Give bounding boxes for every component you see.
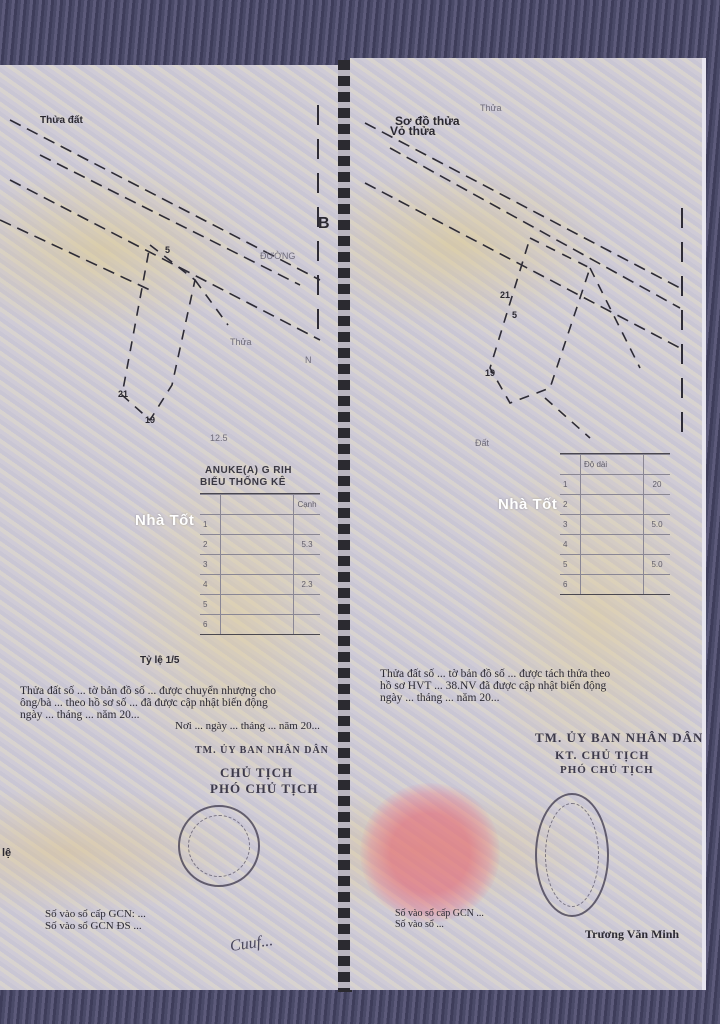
registration-number: Số vào sổ cấp GCN: ... — [45, 908, 146, 920]
table-header: Cạnh — [200, 494, 320, 514]
date-line: Nơi ... ngày ... tháng ... năm 20... — [175, 720, 320, 732]
official-seal — [178, 805, 260, 887]
map-label: N — [305, 355, 312, 365]
table-row: 3 — [200, 554, 320, 574]
table-row: 35.0 — [560, 514, 670, 534]
map-label: 19 — [485, 368, 495, 378]
map-label: 21 — [500, 290, 510, 300]
map-label: Thửa — [480, 103, 502, 113]
map-label: Đất — [475, 438, 489, 448]
registration-number: Số vào sổ GCN ĐS ... — [45, 920, 142, 932]
map-label: Vỏ thửa — [390, 124, 435, 138]
signature-title: KT. CHỦ TỊCH — [555, 748, 650, 763]
table-header: Độ dài — [560, 454, 670, 474]
signature-title: PHÓ CHỦ TỊCH — [210, 781, 319, 797]
map-label: Thửa — [230, 337, 252, 347]
table-row: 120 — [560, 474, 670, 494]
update-note: Thửa đất số ... tờ bản đồ số ... được ch… — [20, 685, 276, 721]
signature-title: CHỦ TỊCH — [220, 765, 293, 781]
red-seal — [360, 783, 500, 923]
table-row: 6 — [200, 614, 320, 634]
registration-number: Số vào sổ ... — [395, 919, 444, 931]
margin-text: lệ — [2, 847, 11, 859]
official-seal — [535, 793, 609, 917]
table-row: 6 — [560, 574, 670, 594]
update-note: Thửa đất số ... tờ bản đồ số ... được tá… — [380, 668, 610, 704]
map-label: 21 — [118, 389, 128, 399]
watermark: Nhà Tốt — [498, 496, 557, 513]
table-row: 1 — [200, 514, 320, 534]
watermark: Nhà Tốt — [135, 512, 194, 529]
map-label: Thửa đất — [40, 115, 83, 126]
scale-note: Tỷ lệ 1/5 — [140, 655, 179, 666]
map-label: 19 — [145, 415, 155, 425]
table-title: ANUKE(A) G RIH — [205, 465, 292, 476]
coordinates-table: Cạnh125.3342.356 — [200, 493, 320, 635]
right-page: Sơ đồ thửa Vỏ thửa Thửa 5 21 19 Đất Độ d… — [350, 58, 706, 990]
left-page: Thửa đất ĐƯỜNG B Thửa 5 21 19 N 12.5 ANU… — [0, 65, 338, 990]
table-row: 2 — [560, 494, 670, 514]
signer-name: Trương Văn Minh — [585, 928, 679, 940]
map-label: 12.5 — [210, 433, 228, 443]
table-row: 25.3 — [200, 534, 320, 554]
table-row: 5 — [200, 594, 320, 614]
map-label: B — [318, 215, 330, 233]
signature-title: TM. ỦY BAN NHÂN DÂN — [195, 745, 329, 756]
table-row: 55.0 — [560, 554, 670, 574]
map-label: ĐƯỜNG — [260, 251, 295, 261]
table-row: 42.3 — [200, 574, 320, 594]
signature-title: PHÓ CHỦ TỊCH — [560, 764, 654, 776]
signature-title: TM. ỦY BAN NHÂN DÂN — [535, 730, 703, 746]
map-label: 5 — [165, 245, 170, 255]
table-subtitle: BIỂU THỐNG KÊ — [200, 477, 286, 488]
coordinates-table: Độ dài120235.0455.06 — [560, 453, 670, 595]
table-row: 4 — [560, 534, 670, 554]
map-label: 5 — [512, 310, 517, 320]
